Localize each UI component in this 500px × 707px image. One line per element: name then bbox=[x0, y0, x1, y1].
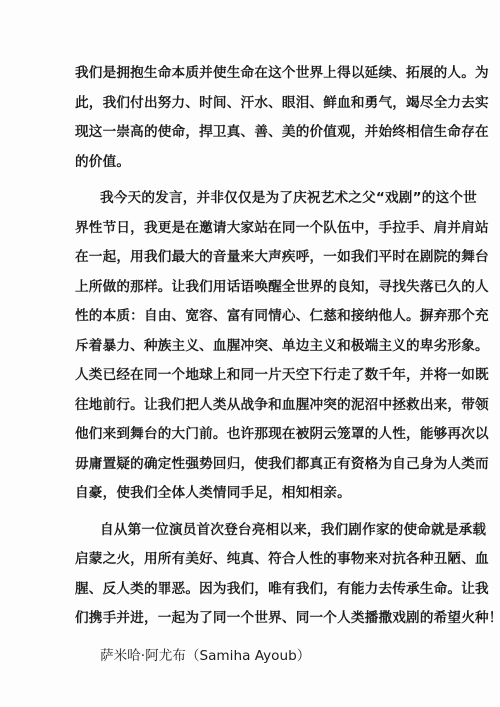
text-line: 腥、反人类的罪恶。因为我们，唯有我们，有能力去传承生命。让我 bbox=[75, 575, 425, 605]
paragraph-3: 自从第一位演员首次登台亮相以来，我们剧作家的使命就是承载 启蒙之火，用所有美好、… bbox=[75, 516, 425, 634]
paragraph-1: 我们是拥抱生命本质并使生命在这个世界上得以延续、拓展的人。为 此，我们付出努力、… bbox=[75, 59, 425, 177]
author-signature: 萨米哈·阿尤布（Samiha Ayoub） bbox=[75, 641, 425, 671]
text-line: 们携手并进，一起为了同一个世界、同一个人类播撒戏剧的希望火种！ bbox=[75, 604, 425, 634]
text-line: 毋庸置疑的确定性强势回归，使我们都真正有资格为自己身为人类而 bbox=[75, 450, 425, 480]
text-line: 现这一崇高的使命，捍卫真、善、美的价值观，并始终相信生命存在 bbox=[75, 118, 425, 148]
text-line: 性的本质：自由、宽容、富有同情心、仁慈和接纳他人。摒弃那个充 bbox=[75, 302, 425, 332]
text-line: 此，我们付出努力、时间、汗水、眼泪、鲜血和勇气，竭尽全力去实 bbox=[75, 89, 425, 119]
text-line: 自从第一位演员首次登台亮相以来，我们剧作家的使命就是承载 bbox=[75, 516, 425, 546]
text-line: 的价值。 bbox=[75, 148, 425, 178]
text-line: 他们来到舞台的大门前。也许那现在被阴云笼罩的人性，能够再次以 bbox=[75, 420, 425, 450]
text-line: 往地前行。让我们把人类从战争和血腥冲突的泥沼中拯救出来，带领 bbox=[75, 391, 425, 421]
text-line: 在一起，用我们最大的音量来大声疾呼，一如我们平时在剧院的舞台 bbox=[75, 243, 425, 273]
text-line: 上所做的那样。让我们用话语唤醒全世界的良知，寻找失落已久的人 bbox=[75, 273, 425, 303]
text-line: 自豪，使我们全体人类情同手足，相知相亲。 bbox=[75, 479, 425, 509]
paragraph-2: 我今天的发言，并非仅仅是为了庆祝艺术之父“戏剧”的这个世 界性节日，我更是在邀请… bbox=[75, 184, 425, 509]
text-line: 斥着暴力、种族主义、血腥冲突、单边主义和极端主义的卑劣形象。 bbox=[75, 332, 425, 362]
text-line: 界性节日，我更是在邀请大家站在同一个队伍中，手拉手、肩并肩站 bbox=[75, 214, 425, 244]
document-page: 我们是拥抱生命本质并使生命在这个世界上得以延续、拓展的人。为 此，我们付出努力、… bbox=[75, 59, 425, 671]
text-line: 我们是拥抱生命本质并使生命在这个世界上得以延续、拓展的人。为 bbox=[75, 59, 425, 89]
text-line: 人类已经在同一个地球上和同一片天空下行走了数千年，并将一如既 bbox=[75, 361, 425, 391]
text-line: 我今天的发言，并非仅仅是为了庆祝艺术之父“戏剧”的这个世 bbox=[75, 184, 425, 214]
text-line: 启蒙之火，用所有美好、纯真、符合人性的事物来对抗各种丑陋、血 bbox=[75, 545, 425, 575]
